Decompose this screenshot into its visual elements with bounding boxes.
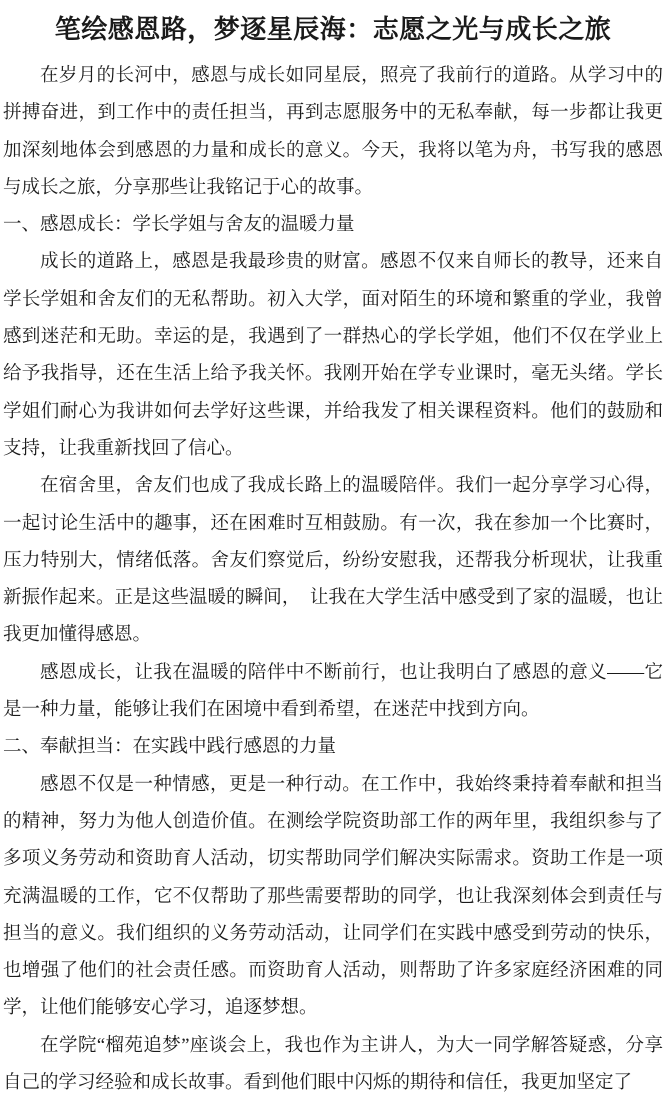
paragraph-symposium-truncated: 在学院“榴苑追梦”座谈会上，我也作为主讲人，为大一同学解答疑惑，分享自己的学习经… bbox=[3, 1028, 663, 1103]
paragraph-gratitude-seniors: 成长的道路上，感恩是我最珍贵的财富。感恩不仅来自师长的教导，还来自学长学姐和舍友… bbox=[3, 244, 663, 468]
document-title: 笔绘感恩路，梦逐星辰海：志愿之光与成长之旅 bbox=[3, 13, 663, 46]
section-heading-1: 一、感恩成长：学长学姐与舍友的温暖力量 bbox=[3, 207, 663, 244]
paragraph-intro: 在岁月的长河中，感恩与成长如同星辰，照亮了我前行的道路。从学习中的拼搏奋进，到工… bbox=[3, 58, 663, 207]
paragraph-dedication-work: 感恩不仅是一种情感，更是一种行动。在工作中，我始终秉持着奉献和担当的精神，努力为… bbox=[3, 767, 663, 1028]
paragraph-gratitude-meaning: 感恩成长，让我在温暖的陪伴中不断前行，也让我明白了感恩的意义——它是一种力量，能… bbox=[3, 655, 663, 730]
paragraph-dorm-roommates: 在宿舍里，舍友们也成了我成长路上的温暖陪伴。我们一起分享学习心得，一起讨论生活中… bbox=[3, 468, 663, 654]
section-heading-2: 二、奉献担当：在实践中践行感恩的力量 bbox=[3, 729, 663, 766]
document-page: 笔绘感恩路，梦逐星辰海：志愿之光与成长之旅 在岁月的长河中，感恩与成长如同星辰，… bbox=[0, 0, 667, 1116]
